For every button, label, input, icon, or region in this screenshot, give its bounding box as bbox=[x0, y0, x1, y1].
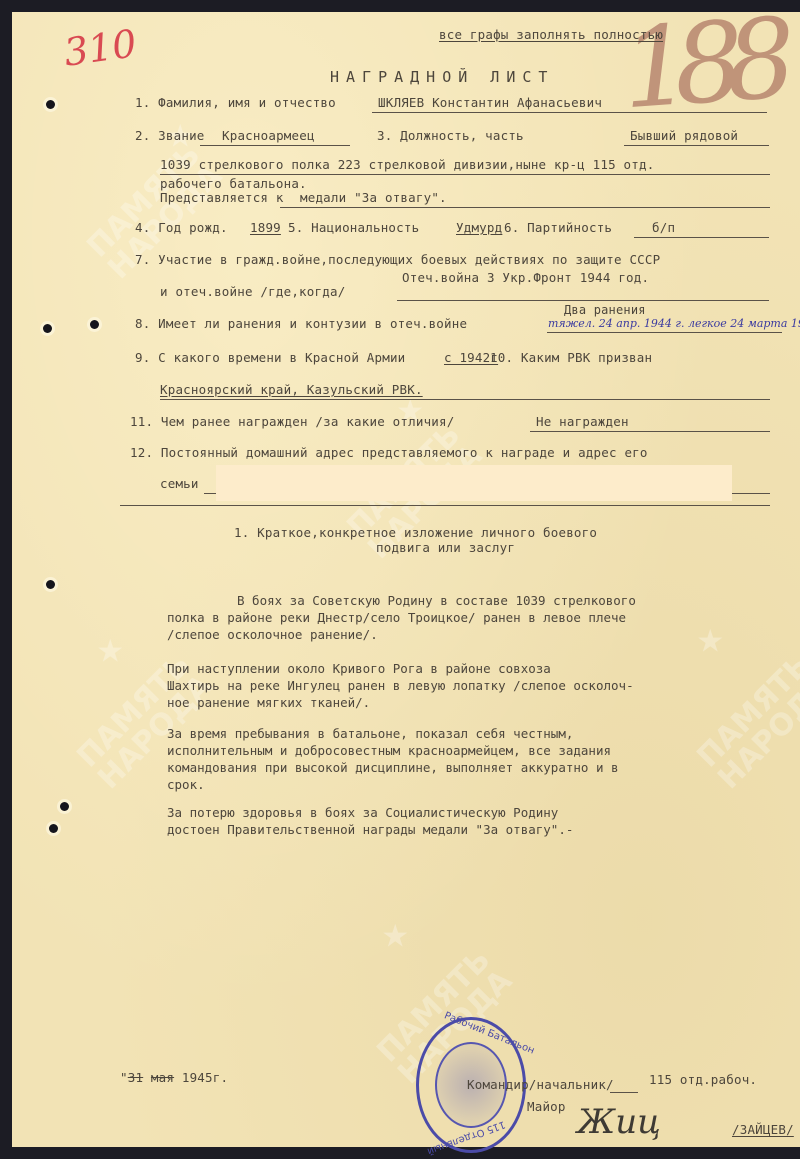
field-5-label: 5. Национальность bbox=[288, 220, 419, 235]
date: "31 мая 1945г. bbox=[120, 1070, 228, 1085]
watermark-star-icon: ★ bbox=[697, 612, 724, 663]
archive-number: 310 bbox=[61, 21, 139, 75]
field-underline bbox=[547, 332, 782, 333]
field-11-value: Не награжден bbox=[536, 414, 629, 429]
citation-paragraph-3: За время пребывания в батальоне, показал… bbox=[167, 725, 619, 793]
presented-label: Представляется к bbox=[160, 190, 284, 205]
punch-hole bbox=[49, 824, 58, 833]
field-12-label: 12. Постоянный домашний адрес представля… bbox=[130, 445, 648, 460]
field-underline bbox=[624, 145, 769, 146]
field-underline bbox=[200, 145, 350, 146]
field-8-value-typed: Два ранения bbox=[564, 303, 646, 317]
punch-hole bbox=[43, 324, 52, 333]
field-3-label: 3. Должность, часть bbox=[377, 128, 524, 143]
field-1-label: 1. Фамилия, имя и отчество bbox=[135, 95, 336, 110]
unit-name: 115 отд.рабоч. bbox=[649, 1072, 757, 1087]
date-month: мая bbox=[151, 1070, 174, 1085]
punch-hole bbox=[60, 802, 69, 811]
handwritten-signature: Жиц bbox=[577, 1102, 661, 1142]
field-1-value: ШКЛЯЕВ Константин Афанасьевич bbox=[378, 95, 602, 110]
field-5-value: Удмурд bbox=[456, 220, 502, 235]
field-9-label: 9. С какого времени в Красной Армии bbox=[135, 350, 405, 365]
document-title: НАГРАДНОЙ ЛИСТ bbox=[330, 68, 554, 86]
commander-rank: Майор bbox=[527, 1099, 566, 1114]
field-6-label: 6. Партийность bbox=[504, 220, 612, 235]
field-4-label: 4. Год рожд. bbox=[135, 220, 228, 235]
field-underline bbox=[280, 207, 770, 208]
date-day: 31 bbox=[128, 1070, 143, 1085]
signature-name: /ЗАЙЦЕВ/ bbox=[732, 1122, 794, 1137]
field-underline bbox=[610, 1092, 638, 1093]
header-note: все графы заполнять полностью bbox=[439, 27, 663, 42]
commander-label: Командир/начальник/ bbox=[467, 1077, 614, 1092]
citation-paragraph-1: В боях за Советскую Родину в составе 103… bbox=[167, 592, 636, 643]
field-6-value: б/п bbox=[652, 220, 675, 235]
field-11-label: 11. Чем ранее награжден /за какие отличи… bbox=[130, 414, 454, 429]
field-3-value: Бывший рядовой bbox=[630, 128, 738, 143]
watermark-star-icon: ★ bbox=[97, 622, 124, 673]
redacted-address bbox=[216, 465, 732, 501]
field-underline bbox=[397, 300, 769, 301]
section-divider bbox=[120, 505, 770, 506]
field-7-label: 7. Участие в гражд.войне,последующих бое… bbox=[135, 252, 660, 267]
watermark: ПАМЯТЬНАРОДА bbox=[692, 649, 800, 794]
field-3-value-continued: 1039 стрелкового полка 223 стрелковой ди… bbox=[160, 157, 654, 172]
presented-value: медали "За отвагу". bbox=[300, 190, 447, 205]
field-2-label: 2. Звание bbox=[135, 128, 205, 143]
field-4-value: 1899 bbox=[250, 220, 281, 235]
field-underline bbox=[634, 237, 769, 238]
field-8-value-handwritten: тяжел. 24 апр. 1944 г. легкое 24 марта 1… bbox=[548, 317, 800, 330]
field-underline bbox=[160, 174, 770, 175]
date-year: 1945г. bbox=[182, 1070, 228, 1085]
pencil-annotation: 188 bbox=[618, 0, 783, 133]
citation-paragraph-4: За потерю здоровья в боях за Социалистич… bbox=[167, 804, 573, 838]
award-sheet-page: ★ ПАМЯТЬНАРОДА ★ ПАМЯТЬНАРОДА ★ ПАМЯТЬНА… bbox=[12, 12, 800, 1147]
section-heading-line-1: 1. Краткое,конкретное изложение личного … bbox=[234, 525, 597, 540]
field-10-label: 10. Каким РВК призван bbox=[490, 350, 652, 365]
field-2-value: Красноармеец bbox=[222, 128, 315, 143]
field-underline bbox=[530, 431, 770, 432]
field-10-value: Красноярский край, Казульский РВК. bbox=[160, 382, 423, 397]
field-12-label-continued: семьи bbox=[160, 476, 199, 491]
field-underline bbox=[372, 112, 767, 113]
field-underline bbox=[160, 399, 770, 400]
watermark-star-icon: ★ bbox=[382, 907, 409, 958]
field-7-value: Отеч.война 3 Укр.Фронт 1944 год. bbox=[402, 270, 649, 285]
field-3-value-continued-2: рабочего батальона. bbox=[160, 176, 307, 191]
field-8-label: 8. Имеет ли ранения и контузии в отеч.во… bbox=[135, 316, 467, 331]
punch-hole bbox=[90, 320, 99, 329]
field-7-label-continued: и отеч.войне /где,когда/ bbox=[160, 284, 345, 299]
punch-hole bbox=[46, 580, 55, 589]
section-heading-line-2: подвига или заслуг bbox=[376, 540, 515, 555]
citation-paragraph-2: При наступлении около Кривого Рога в рай… bbox=[167, 660, 634, 711]
punch-hole bbox=[46, 100, 55, 109]
